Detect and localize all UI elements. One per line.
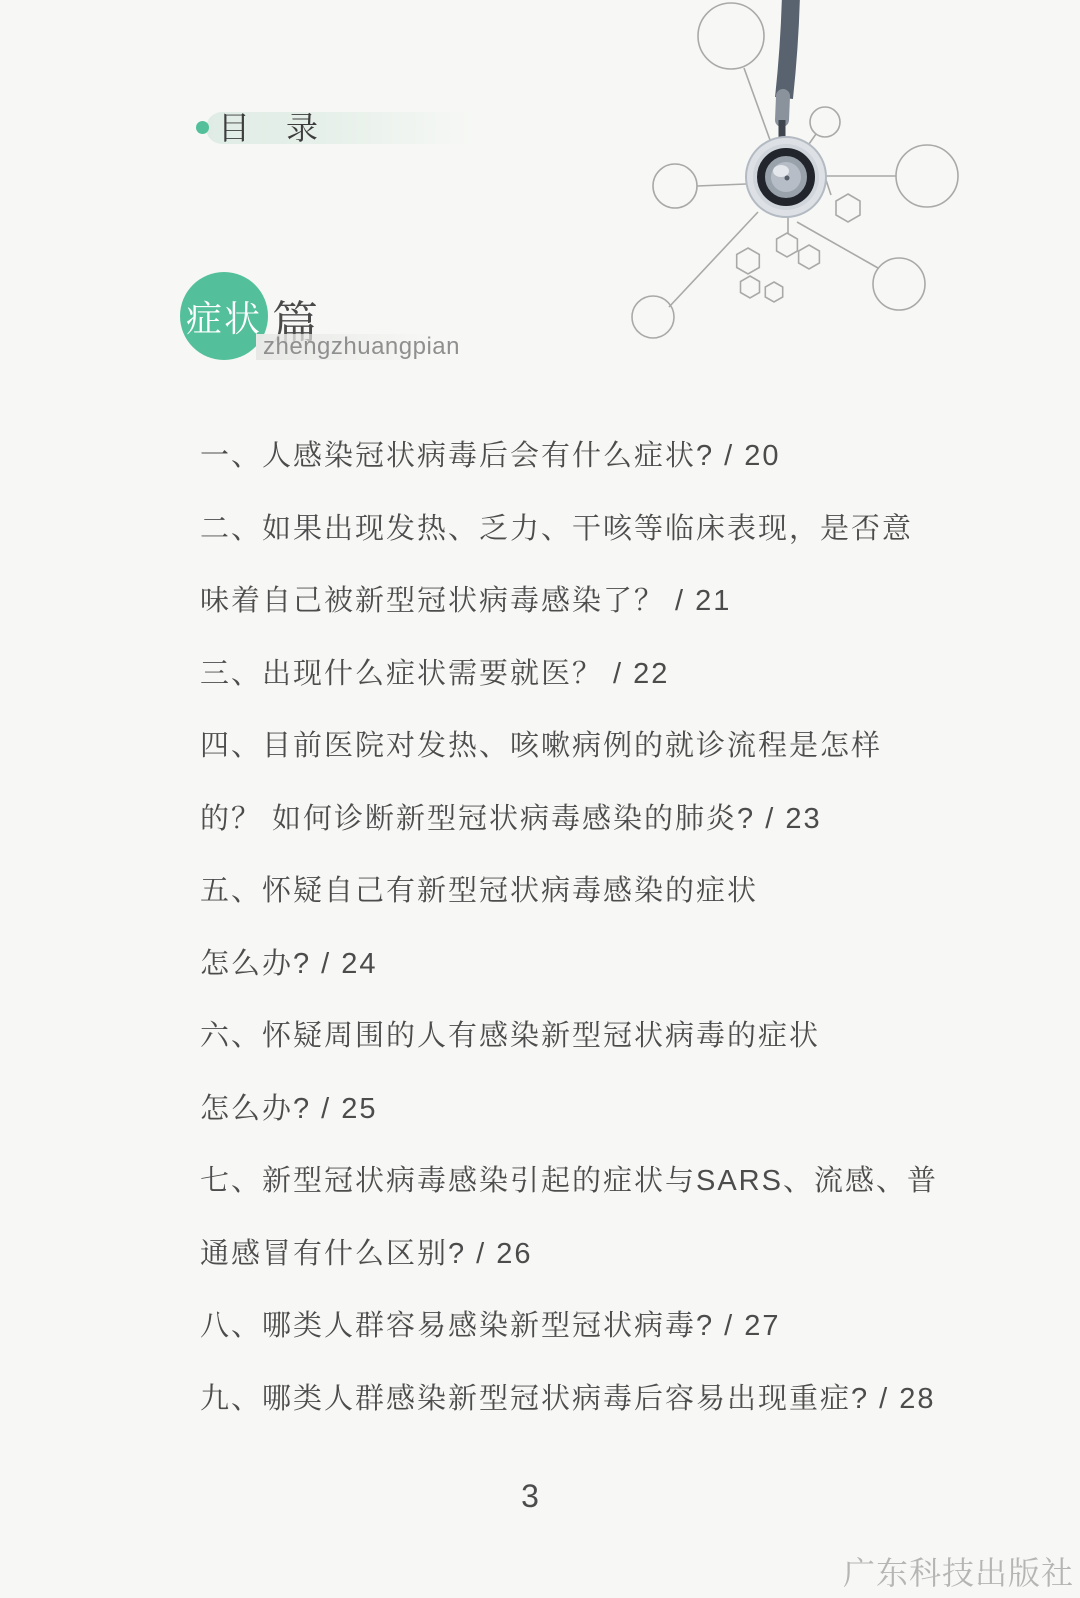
- toc-entry-line: 四、目前医院对发热、咳嗽病例的就诊流程是怎样: [200, 710, 940, 783]
- toc-entry-line: 怎么办? / 25: [200, 1073, 940, 1146]
- toc-entry-line: 的？ 如何诊断新型冠状病毒感染的肺炎? / 23: [200, 783, 940, 856]
- toc-entry-line: 三、出现什么症状需要就医？ / 22: [200, 638, 940, 711]
- page-title: 目 录: [218, 108, 320, 148]
- toc-entry-line: 八、哪类人群容易感染新型冠状病毒? / 27: [200, 1290, 940, 1363]
- toc-entry-line: 一、人感染冠状病毒后会有什么症状? / 20: [200, 420, 940, 493]
- toc-page: 目 录 症状 篇 zhengzhuangpian 一、人感染冠状病毒后会有什么症…: [0, 0, 1080, 1598]
- toc-list: 一、人感染冠状病毒后会有什么症状? / 20 二、如果出现发热、乏力、干咳等临床…: [200, 420, 940, 1435]
- publisher-watermark: 广东科技出版社: [843, 1548, 1074, 1594]
- section-badge-circle: 症状: [180, 272, 268, 360]
- section-badge-pinyin: zhengzhuangpian: [263, 333, 460, 361]
- toc-entry-line: 五、怀疑自己有新型冠状病毒感染的症状: [200, 855, 940, 928]
- stethoscope-illustration: [598, 0, 1018, 368]
- bullet-dot-icon: [196, 121, 209, 134]
- toc-entry-line: 味着自己被新型冠状病毒感染了？ / 21: [200, 565, 940, 638]
- toc-entry-line: 九、哪类人群感染新型冠状病毒后容易出现重症? / 28: [200, 1363, 940, 1436]
- toc-entry-line: 二、如果出现发热、乏力、干咳等临床表现，是否意: [200, 493, 940, 566]
- toc-entry-line: 七、新型冠状病毒感染引起的症状与SARS、流感、普: [200, 1145, 940, 1218]
- page-number: 3: [0, 1478, 1060, 1515]
- section-badge-text: 症状: [186, 291, 262, 342]
- toc-entry-line: 通感冒有什么区别? / 26: [200, 1218, 940, 1291]
- toc-entry-line: 六、怀疑周围的人有感染新型冠状病毒的症状: [200, 1000, 940, 1073]
- toc-entry-line: 怎么办? / 24: [200, 928, 940, 1001]
